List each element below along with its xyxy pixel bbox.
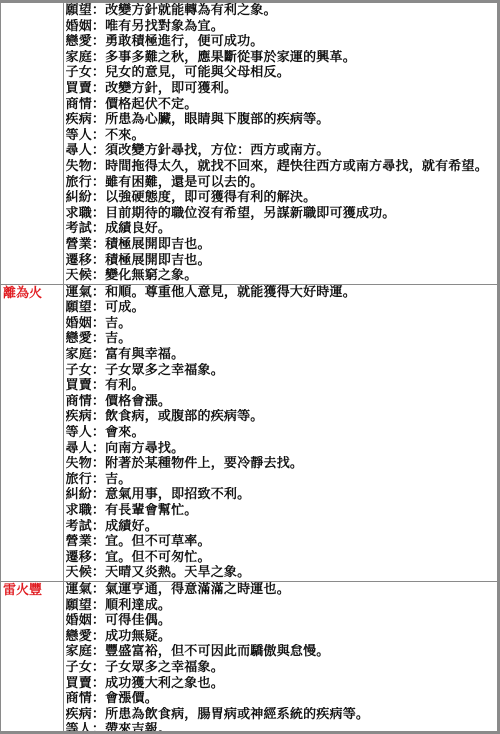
reading-topic: 糾紛 <box>66 190 92 205</box>
fortune-document-page: 願望：改變方針就能轉為有利之象。婚姻：唯有另找對象為宜。戀愛：勇敢積極進行，便可… <box>0 0 500 734</box>
reading-line: 商情：會漲價。 <box>66 691 498 707</box>
reading-topic: 子女 <box>66 363 92 378</box>
reading-text: 向南方尋找。 <box>105 441 184 456</box>
reading-line: 願望：可成。 <box>66 300 498 316</box>
reading-text: 會來。 <box>105 425 145 440</box>
reading-text: 成功無疑。 <box>105 629 171 644</box>
colon-separator: ： <box>92 519 105 534</box>
reading-line: 天候：天晴又炎熱。天旱之象。 <box>66 565 498 581</box>
reading-topic: 商情 <box>66 691 92 706</box>
reading-line: 失物：時間拖得太久，就找不回來，趕快往西方或南方尋找，就有希望。 <box>66 159 498 175</box>
colon-separator: ： <box>92 81 105 96</box>
reading-line: 運氣：和順。尊重他人意見，就能獲得大好時運。 <box>66 285 498 301</box>
colon-separator: ： <box>92 143 105 158</box>
reading-topic: 子女 <box>66 65 92 80</box>
reading-topic: 糾紛 <box>66 487 92 502</box>
reading-text: 順利達成。 <box>105 598 171 613</box>
colon-separator: ： <box>92 237 105 252</box>
reading-line: 婚姻：可得佳偶。 <box>66 613 498 629</box>
reading-topic: 等人 <box>66 425 92 440</box>
colon-separator: ： <box>92 378 105 393</box>
reading-text: 會漲價。 <box>105 691 158 706</box>
reading-line: 旅行：雖有困難，還是可以去的。 <box>66 175 498 191</box>
reading-text: 吉。 <box>105 316 131 331</box>
reading-line: 家庭：豐盛富裕，但不可因此而驕傲與怠慢。 <box>66 644 498 660</box>
reading-text: 唯有另找對象為宜。 <box>105 19 224 34</box>
reading-line: 考試：成績好。 <box>66 519 498 535</box>
reading-topic: 失物 <box>66 456 92 471</box>
colon-separator: ： <box>92 285 105 300</box>
reading-text: 改變方針就能轉為有利之象。 <box>105 3 277 18</box>
reading-line: 運氣：氣運亨通，得意滿滿之時運也。 <box>66 582 498 598</box>
reading-text: 帶來吉報。 <box>105 722 171 734</box>
reading-topic: 商情 <box>66 97 92 112</box>
reading-text: 改變方針，即可獲利。 <box>105 81 237 96</box>
colon-separator: ： <box>92 456 105 471</box>
reading-line: 疾病：飲食病，或腹部的疾病等。 <box>66 409 498 425</box>
colon-separator: ： <box>92 613 105 628</box>
colon-separator: ： <box>92 660 105 675</box>
reading-line: 子女：兒女的意見，可能與父母相反。 <box>66 65 498 81</box>
reading-topic: 旅行 <box>66 472 92 487</box>
reading-topic: 家庭 <box>66 50 92 65</box>
reading-topic: 天候 <box>66 565 92 580</box>
colon-separator: ： <box>92 503 105 518</box>
reading-topic: 戀愛 <box>66 331 92 346</box>
reading-topic: 疾病 <box>66 409 92 424</box>
colon-separator: ： <box>92 565 105 580</box>
colon-separator: ： <box>92 363 105 378</box>
reading-line: 願望：改變方針就能轉為有利之象。 <box>66 3 498 19</box>
colon-separator: ： <box>92 707 105 722</box>
reading-topic: 願望 <box>66 598 92 613</box>
reading-text: 成功獲大利之象也。 <box>105 676 224 691</box>
colon-separator: ： <box>92 534 105 549</box>
reading-topic: 尋人 <box>66 143 92 158</box>
reading-line: 等人：不來。 <box>66 128 498 144</box>
reading-line: 願望：順利達成。 <box>66 598 498 614</box>
reading-topic: 子女 <box>66 660 92 675</box>
reading-text: 以強硬態度，即可獲得有利的解決。 <box>105 190 316 205</box>
colon-separator: ： <box>92 112 105 127</box>
colon-separator: ： <box>92 676 105 691</box>
hexagram-section-row: 雷火豐運氣：氣運亨通，得意滿滿之時運也。願望：順利達成。婚姻：可得佳偶。戀愛：成… <box>1 581 497 734</box>
colon-separator: ： <box>92 19 105 34</box>
reading-text: 豐盛富裕，但不可因此而驕傲與怠慢。 <box>105 644 329 659</box>
reading-topic: 買賣 <box>66 676 92 691</box>
reading-text: 成績良好。 <box>105 221 171 236</box>
colon-separator: ： <box>92 472 105 487</box>
hexagram-name: 離為火 <box>1 284 63 581</box>
reading-text: 所患為心臟，眼睛與下腹部的疾病等。 <box>105 112 329 127</box>
fortune-table-body: 願望：改變方針就能轉為有利之象。婚姻：唯有另找對象為宜。戀愛：勇敢積極進行，便可… <box>1 3 497 734</box>
reading-text: 飲食病，或腹部的疾病等。 <box>105 409 263 424</box>
colon-separator: ： <box>92 159 105 174</box>
reading-topic: 疾病 <box>66 707 92 722</box>
reading-topic: 遷移 <box>66 253 92 268</box>
reading-line: 疾病：所患為飲食病，腸胃病或神經系統的疾病等。 <box>66 707 498 723</box>
reading-line: 疾病：所患為心臟，眼睛與下腹部的疾病等。 <box>66 112 498 128</box>
colon-separator: ： <box>92 221 105 236</box>
reading-topic: 考試 <box>66 221 92 236</box>
reading-topic: 尋人 <box>66 441 92 456</box>
fortune-table: 願望：改變方針就能轉為有利之象。婚姻：唯有另找對象為宜。戀愛：勇敢積極進行，便可… <box>1 3 497 734</box>
colon-separator: ： <box>92 425 105 440</box>
colon-separator: ： <box>92 253 105 268</box>
colon-separator: ： <box>92 206 105 221</box>
reading-line: 家庭：富有與幸福。 <box>66 347 498 363</box>
colon-separator: ： <box>92 441 105 456</box>
reading-line: 戀愛：勇敢積極進行，便可成功。 <box>66 34 498 50</box>
reading-text: 時間拖得太久，就找不回來，趕快往西方或南方尋找，就有希望。 <box>105 159 488 174</box>
reading-text: 子女眾多之幸福象。 <box>105 363 224 378</box>
reading-line: 買賣：改變方針，即可獲利。 <box>66 81 498 97</box>
reading-text: 價格會漲。 <box>105 394 171 409</box>
colon-separator: ： <box>92 347 105 362</box>
reading-topic: 買賣 <box>66 378 92 393</box>
colon-separator: ： <box>92 629 105 644</box>
reading-text: 氣運亨通，得意滿滿之時運也。 <box>105 582 290 597</box>
reading-line: 遷移：積極展開即吉也。 <box>66 253 498 269</box>
reading-text: 變化無窮之象。 <box>105 268 197 283</box>
reading-topic: 旅行 <box>66 175 92 190</box>
reading-topic: 運氣 <box>66 285 92 300</box>
reading-text: 積極展開即吉也。 <box>105 237 211 252</box>
reading-text: 積極展開即吉也。 <box>105 253 211 268</box>
reading-line: 糾紛：以強硬態度，即可獲得有利的解決。 <box>66 190 498 206</box>
reading-line: 商情：價格起伏不定。 <box>66 97 498 113</box>
reading-topic: 考試 <box>66 519 92 534</box>
reading-line: 戀愛：成功無疑。 <box>66 629 498 645</box>
reading-topic: 等人 <box>66 128 92 143</box>
colon-separator: ： <box>92 268 105 283</box>
reading-topic: 家庭 <box>66 347 92 362</box>
reading-line: 婚姻：唯有另找對象為宜。 <box>66 19 498 35</box>
hexagram-section-row: 離為火運氣：和順。尊重他人意見，就能獲得大好時運。願望：可成。婚姻：吉。戀愛：吉… <box>1 284 497 581</box>
reading-topic: 戀愛 <box>66 34 92 49</box>
reading-line: 營業：積極展開即吉也。 <box>66 237 498 253</box>
reading-line: 子女：子女眾多之幸福象。 <box>66 363 498 379</box>
colon-separator: ： <box>92 644 105 659</box>
reading-line: 求職：目前期待的職位沒有希望，另謀新職即可獲成功。 <box>66 206 498 222</box>
reading-topic: 願望 <box>66 300 92 315</box>
reading-text: 可得佳偶。 <box>105 613 171 628</box>
reading-topic: 婚姻 <box>66 613 92 628</box>
reading-line: 婚姻：吉。 <box>66 316 498 332</box>
hexagram-section-row: 願望：改變方針就能轉為有利之象。婚姻：唯有另找對象為宜。戀愛：勇敢積極進行，便可… <box>1 3 497 284</box>
reading-text: 成績好。 <box>105 519 158 534</box>
colon-separator: ： <box>92 582 105 597</box>
colon-separator: ： <box>92 316 105 331</box>
colon-separator: ： <box>92 409 105 424</box>
reading-text: 天晴又炎熱。天旱之象。 <box>105 565 250 580</box>
reading-topic: 運氣 <box>66 582 92 597</box>
reading-text: 所患為飲食病，腸胃病或神經系統的疾病等。 <box>105 707 369 722</box>
reading-text: 富有與幸福。 <box>105 347 184 362</box>
reading-text: 有利。 <box>105 378 145 393</box>
colon-separator: ： <box>92 722 105 734</box>
reading-topic: 求職 <box>66 503 92 518</box>
colon-separator: ： <box>92 331 105 346</box>
reading-topic: 婚姻 <box>66 316 92 331</box>
reading-topic: 買賣 <box>66 81 92 96</box>
reading-line: 遷移：宜。但不可匆忙。 <box>66 550 498 566</box>
reading-text: 宜。但不可草率。 <box>105 534 211 549</box>
reading-topic: 失物 <box>66 159 92 174</box>
reading-line: 糾紛：意氣用事，即招致不利。 <box>66 487 498 503</box>
reading-topic: 營業 <box>66 534 92 549</box>
reading-topic: 營業 <box>66 237 92 252</box>
reading-text: 價格起伏不定。 <box>105 97 197 112</box>
reading-topic: 疾病 <box>66 112 92 127</box>
reading-line: 旅行：吉。 <box>66 472 498 488</box>
reading-text: 吉。 <box>105 331 131 346</box>
reading-line: 求職：有長輩會幫忙。 <box>66 503 498 519</box>
reading-topic: 等人 <box>66 722 92 734</box>
reading-text: 附著於某種物件上，要冷靜去找。 <box>105 456 303 471</box>
colon-separator: ： <box>92 550 105 565</box>
reading-list: 願望：改變方針就能轉為有利之象。婚姻：唯有另找對象為宜。戀愛：勇敢積極進行，便可… <box>63 3 497 284</box>
reading-topic: 商情 <box>66 394 92 409</box>
reading-text: 可成。 <box>105 300 145 315</box>
colon-separator: ： <box>92 190 105 205</box>
reading-text: 有長輩會幫忙。 <box>105 503 197 518</box>
reading-text: 吉。 <box>105 472 131 487</box>
colon-separator: ： <box>92 128 105 143</box>
reading-topic: 家庭 <box>66 644 92 659</box>
reading-line: 等人：帶來吉報。 <box>66 722 498 734</box>
reading-line: 戀愛：吉。 <box>66 331 498 347</box>
hexagram-name <box>1 3 63 284</box>
reading-line: 營業：宜。但不可草率。 <box>66 534 498 550</box>
reading-text: 不來。 <box>105 128 145 143</box>
colon-separator: ： <box>92 3 105 18</box>
reading-line: 尋人：向南方尋找。 <box>66 441 498 457</box>
colon-separator: ： <box>92 97 105 112</box>
reading-list: 運氣：和順。尊重他人意見，就能獲得大好時運。願望：可成。婚姻：吉。戀愛：吉。家庭… <box>63 284 497 581</box>
reading-topic: 戀愛 <box>66 629 92 644</box>
reading-text: 多事多難之秋，應果斷從事於家運的興革。 <box>105 50 356 65</box>
reading-text: 雖有困難，還是可以去的。 <box>105 175 263 190</box>
reading-line: 天候：變化無窮之象。 <box>66 268 498 284</box>
reading-line: 考試：成績良好。 <box>66 221 498 237</box>
reading-text: 意氣用事，即招致不利。 <box>105 487 250 502</box>
reading-line: 買賣：有利。 <box>66 378 498 394</box>
reading-topic: 求職 <box>66 206 92 221</box>
reading-line: 等人：會來。 <box>66 425 498 441</box>
colon-separator: ： <box>92 65 105 80</box>
colon-separator: ： <box>92 394 105 409</box>
reading-text: 子女眾多之幸福象。 <box>105 660 224 675</box>
reading-list: 運氣：氣運亨通，得意滿滿之時運也。願望：順利達成。婚姻：可得佳偶。戀愛：成功無疑… <box>63 581 497 734</box>
reading-line: 子女：子女眾多之幸福象。 <box>66 660 498 676</box>
colon-separator: ： <box>92 175 105 190</box>
reading-text: 宜。但不可匆忙。 <box>105 550 211 565</box>
reading-topic: 遷移 <box>66 550 92 565</box>
colon-separator: ： <box>92 487 105 502</box>
colon-separator: ： <box>92 300 105 315</box>
reading-text: 兒女的意見，可能與父母相反。 <box>105 65 290 80</box>
reading-line: 尋人：須改變方針尋找，方位：西方或南方。 <box>66 143 498 159</box>
colon-separator: ： <box>92 34 105 49</box>
reading-text: 目前期待的職位沒有希望，另謀新職即可獲成功。 <box>105 206 395 221</box>
reading-text: 須改變方針尋找，方位：西方或南方。 <box>105 143 329 158</box>
reading-text: 和順。尊重他人意見，就能獲得大好時運。 <box>105 285 356 300</box>
colon-separator: ： <box>92 691 105 706</box>
reading-line: 商情：價格會漲。 <box>66 394 498 410</box>
colon-separator: ： <box>92 598 105 613</box>
reading-topic: 願望 <box>66 3 92 18</box>
hexagram-name: 雷火豐 <box>1 581 63 734</box>
colon-separator: ： <box>92 50 105 65</box>
reading-line: 買賣：成功獲大利之象也。 <box>66 676 498 692</box>
reading-text: 勇敢積極進行，便可成功。 <box>105 34 263 49</box>
reading-topic: 婚姻 <box>66 19 92 34</box>
reading-topic: 天候 <box>66 268 92 283</box>
reading-line: 家庭：多事多難之秋，應果斷從事於家運的興革。 <box>66 50 498 66</box>
reading-line: 失物：附著於某種物件上，要冷靜去找。 <box>66 456 498 472</box>
